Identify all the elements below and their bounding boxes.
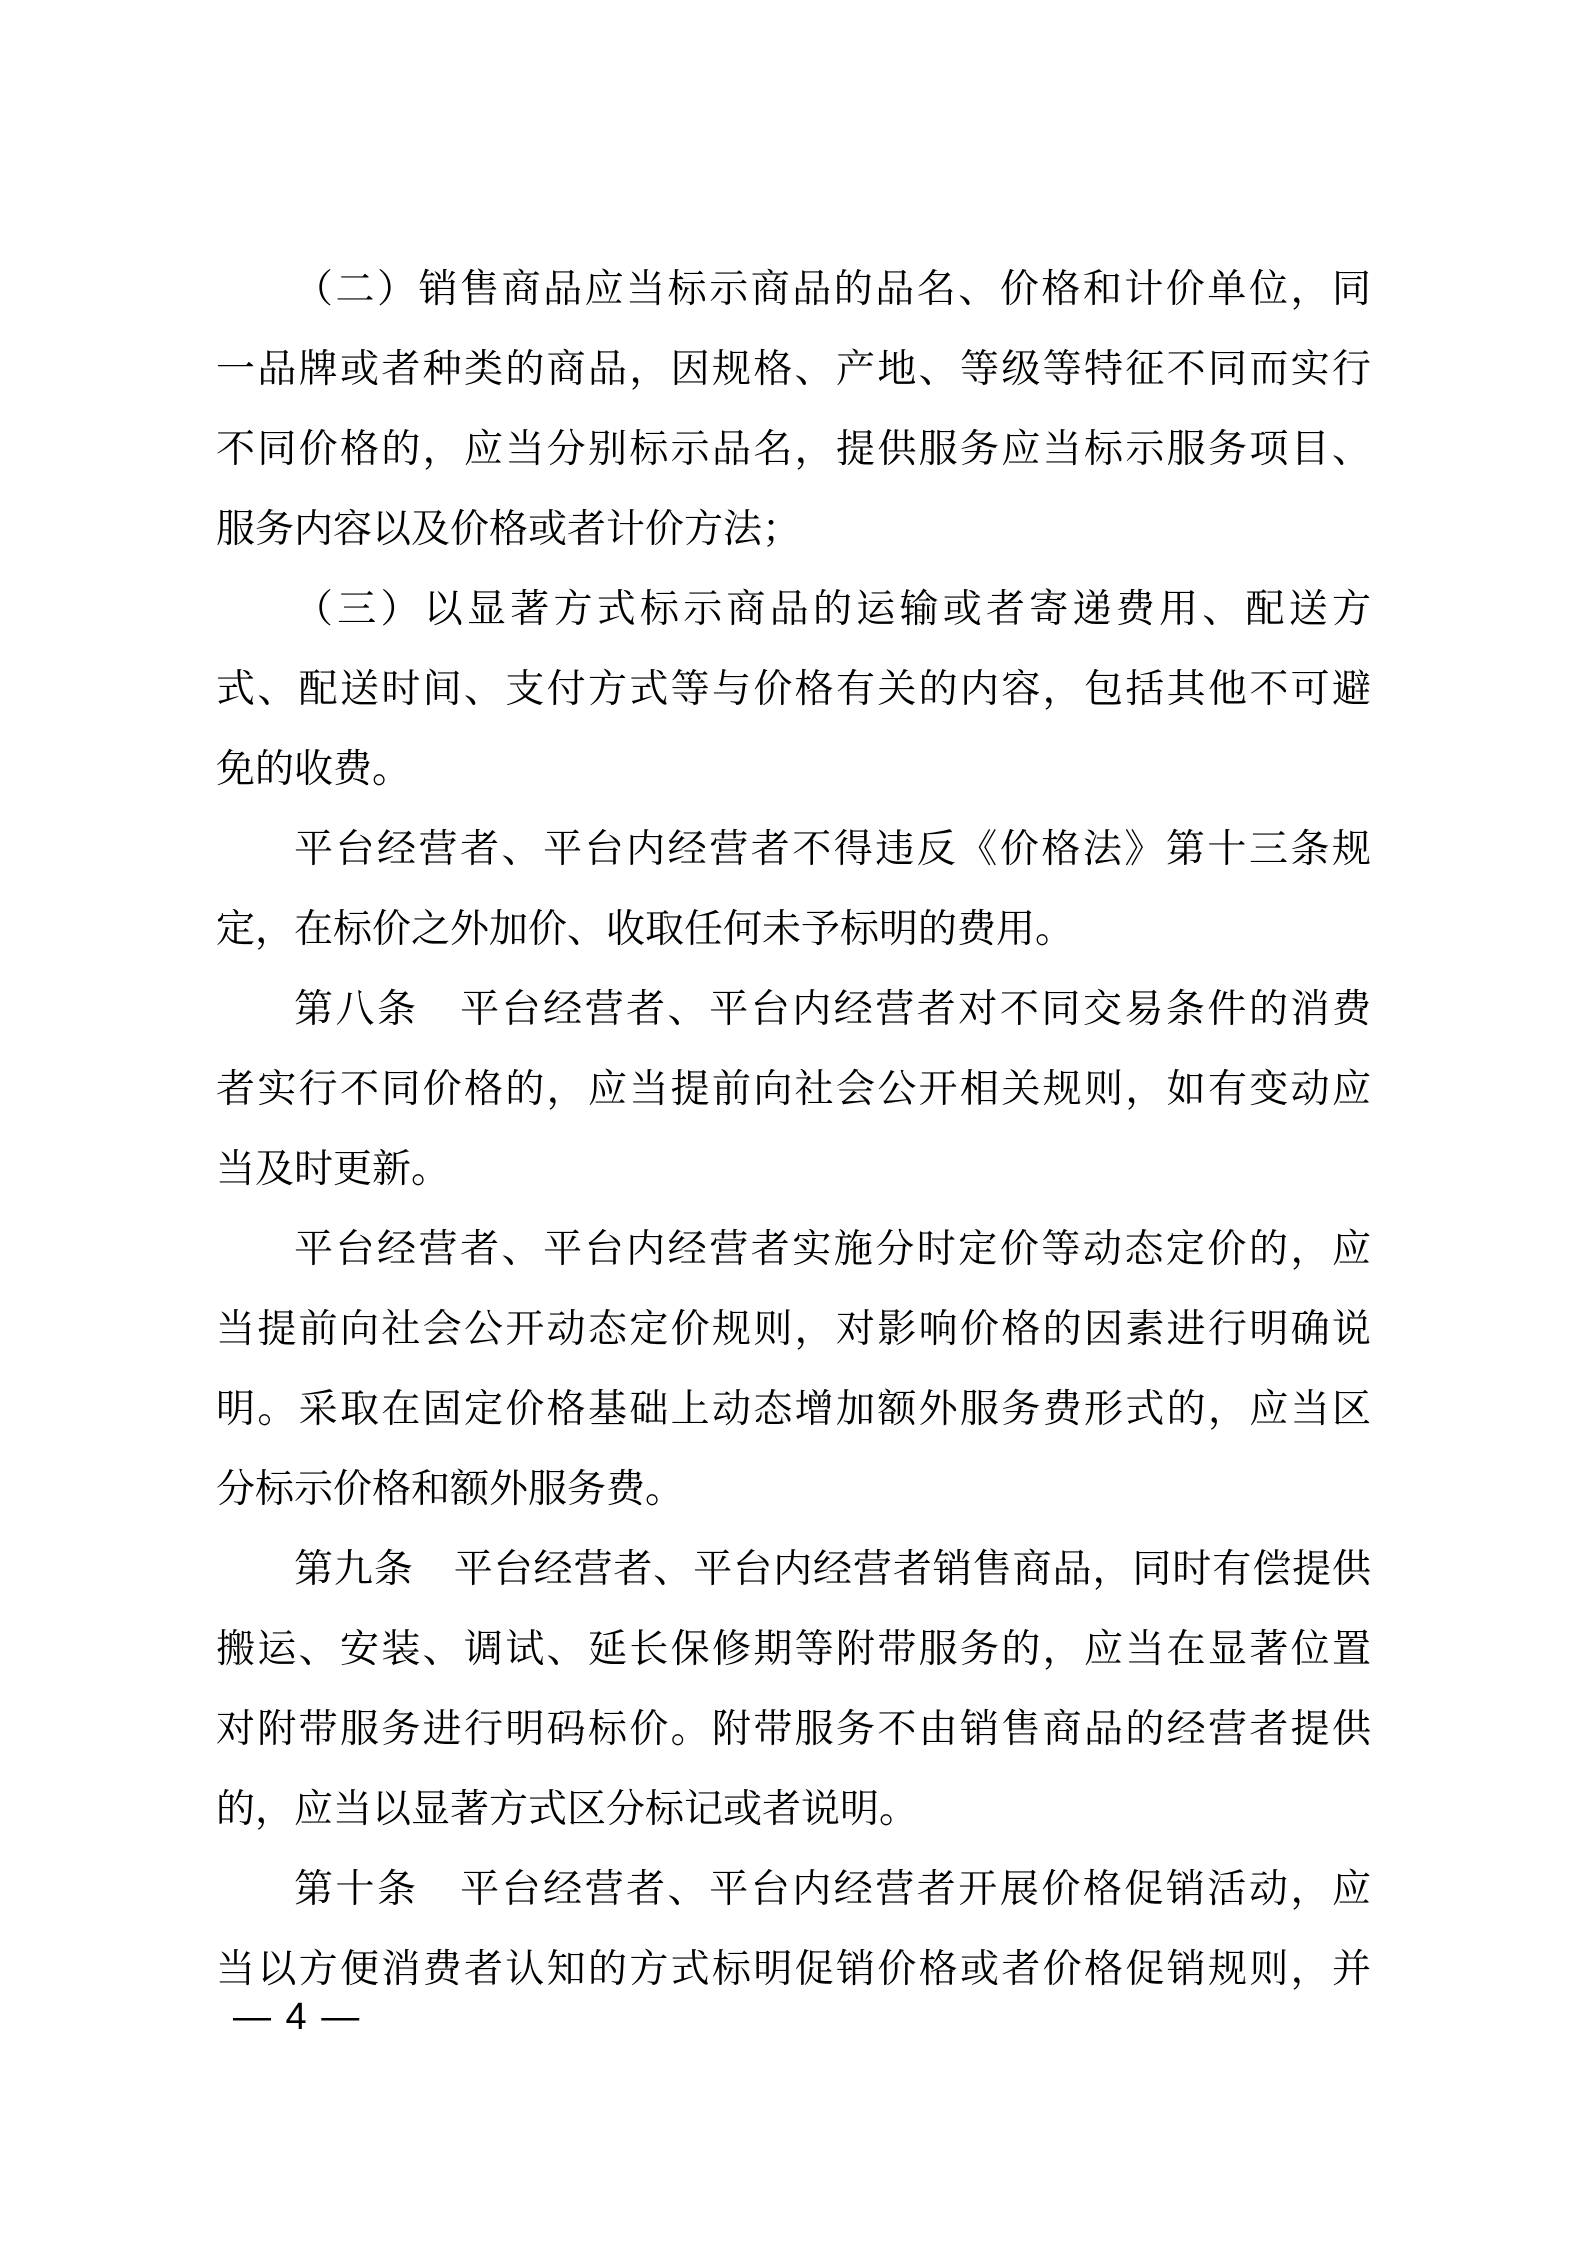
text-line: 当及时更新。 [216,1130,1371,1210]
page-number: — 4 — [233,1994,361,2040]
text-line: 平台经营者、平台内经营者不得违反《价格法》第十三条规 [216,810,1371,890]
text-line: 搬运、安装、调试、延长保修期等附带服务的，应当在显著位置 [216,1610,1371,1690]
text-line: 服务内容以及价格或者计价方法； [216,490,1371,570]
text-line: （三）以显著方式标示商品的运输或者寄递费用、配送方 [216,570,1371,650]
text-line: 第八条 平台经营者、平台内经营者对不同交易条件的消费 [216,970,1371,1050]
document-body: （二）销售商品应当标示商品的品名、价格和计价单位，同一品牌或者种类的商品，因规格… [216,250,1371,2010]
text-line: 当提前向社会公开动态定价规则，对影响价格的因素进行明确说 [216,1290,1371,1370]
text-line: 平台经营者、平台内经营者实施分时定价等动态定价的，应 [216,1210,1371,1290]
text-line: 分标示价格和额外服务费。 [216,1450,1371,1530]
text-line: 不同价格的，应当分别标示品名，提供服务应当标示服务项目、 [216,410,1371,490]
text-line: 当以方便消费者认知的方式标明促销价格或者价格促销规则，并 [216,1930,1371,2010]
text-line: 第九条 平台经营者、平台内经营者销售商品，同时有偿提供 [216,1530,1371,1610]
text-line: 免的收费。 [216,730,1371,810]
text-line: 对附带服务进行明码标价。附带服务不由销售商品的经营者提供 [216,1690,1371,1770]
text-line: 第十条 平台经营者、平台内经营者开展价格促销活动，应 [216,1850,1371,1930]
text-line: 明。采取在固定价格基础上动态增加额外服务费形式的，应当区 [216,1370,1371,1450]
text-line: 的，应当以显著方式区分标记或者说明。 [216,1770,1371,1850]
text-line: 式、配送时间、支付方式等与价格有关的内容，包括其他不可避 [216,650,1371,730]
document-page: （二）销售商品应当标示商品的品名、价格和计价单位，同一品牌或者种类的商品，因规格… [0,0,1587,2245]
text-line: 定，在标价之外加价、收取任何未予标明的费用。 [216,890,1371,970]
text-line: （二）销售商品应当标示商品的品名、价格和计价单位，同 [216,250,1371,330]
text-line: 一品牌或者种类的商品，因规格、产地、等级等特征不同而实行 [216,330,1371,410]
text-line: 者实行不同价格的，应当提前向社会公开相关规则，如有变动应 [216,1050,1371,1130]
